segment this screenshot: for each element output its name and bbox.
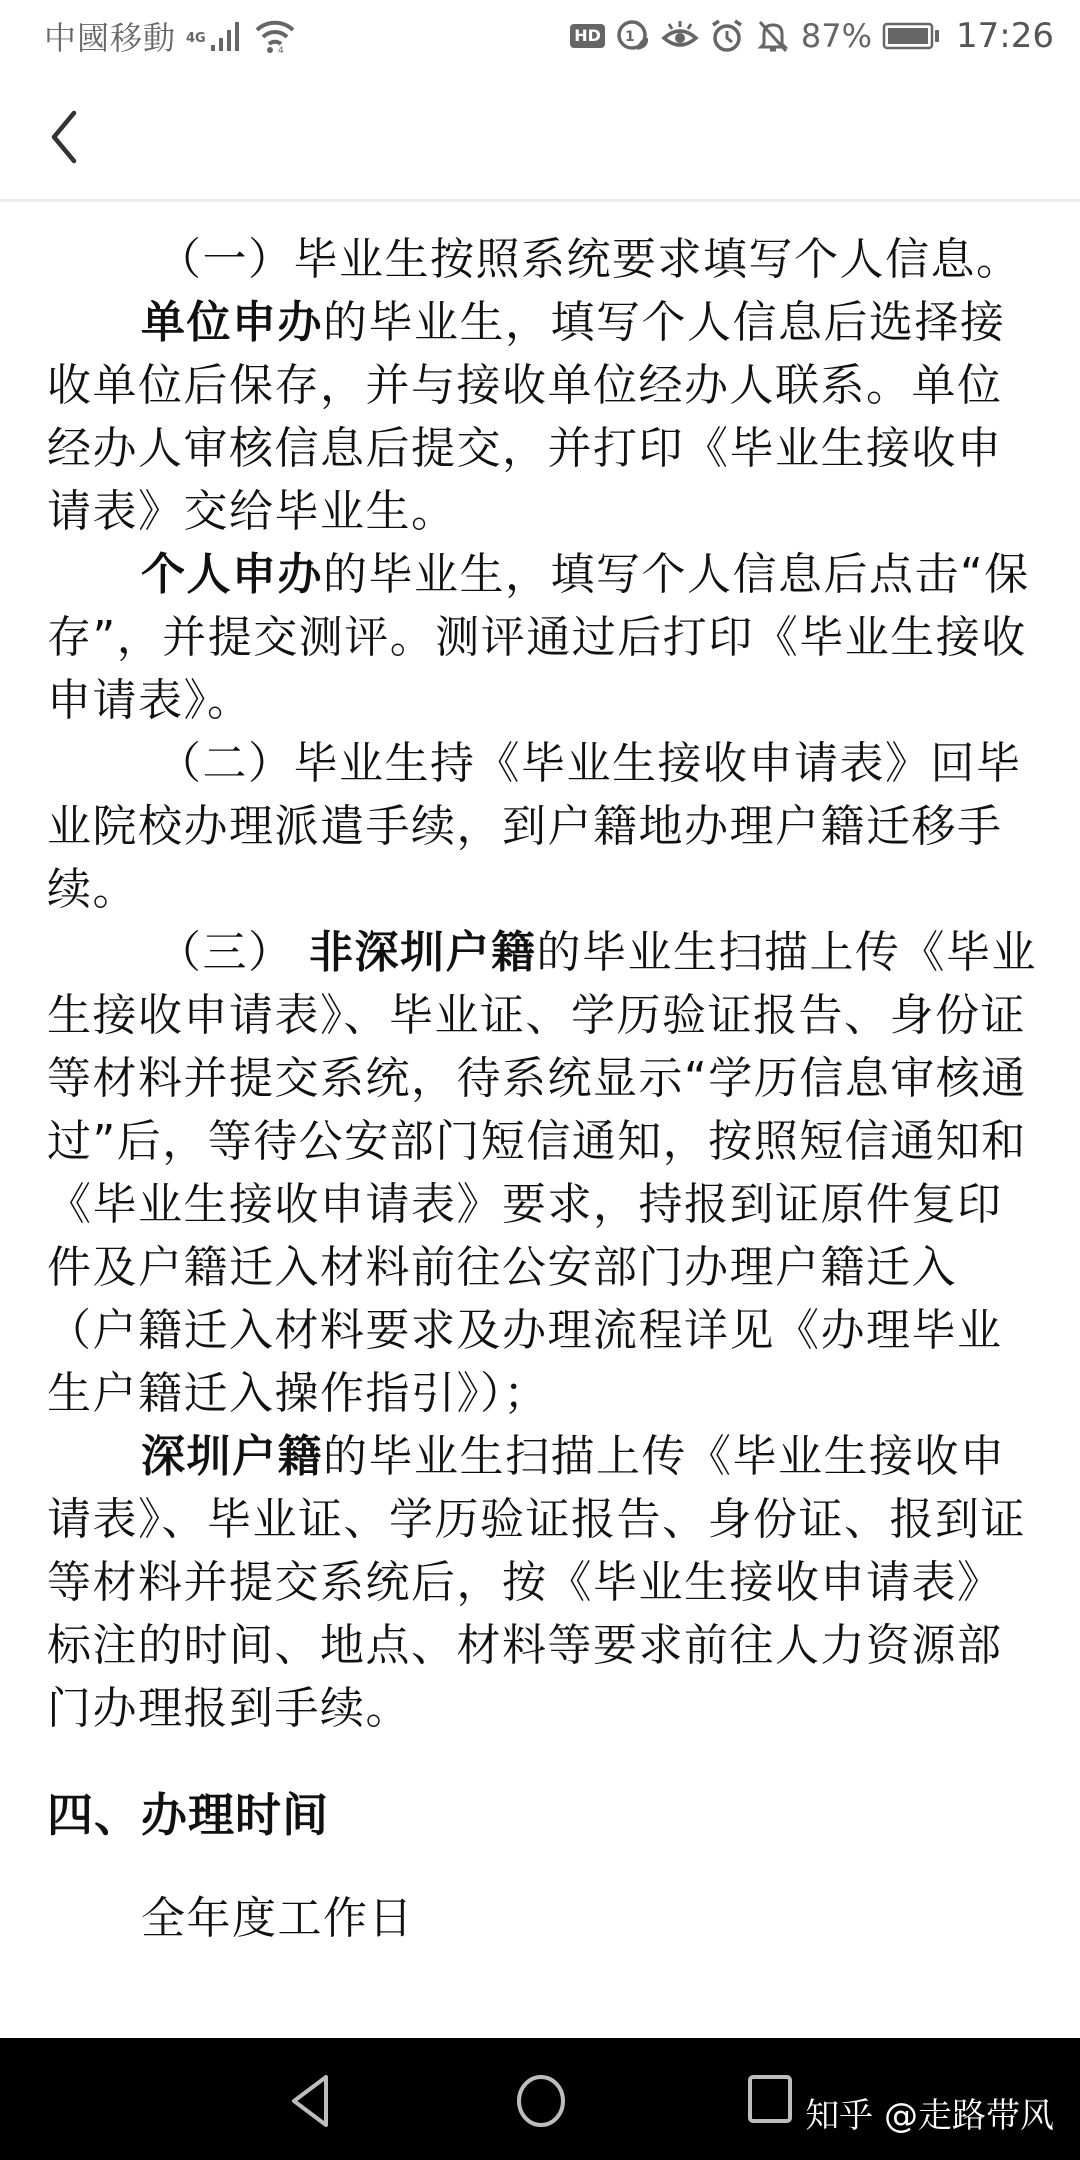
article-body: （一）毕业生按照系统要求填写个人信息。 单位申办的毕业生，填写个人信息后选择接收…	[47, 228, 1037, 1950]
carrier-label: 中國移動	[44, 13, 176, 59]
paragraph-step-2: （二）毕业生持《毕业生接收申请表》回毕业院校办理派遣手续，到户籍地办理户籍迁移手…	[47, 732, 1037, 921]
paragraph-prefix: （三）	[157, 927, 309, 978]
bold-term: 非深圳户籍	[309, 927, 537, 978]
status-left: 中國移動 4G 4	[44, 13, 296, 59]
bold-term: 单位申办	[141, 297, 323, 348]
paragraph-unit-application: 单位申办的毕业生，填写个人信息后选择接收单位后保存，并与接收单位经办人联系。单位…	[47, 291, 1037, 543]
section-heading: 四、办理时间	[47, 1784, 1037, 1847]
paragraph-step-1: （一）毕业生按照系统要求填写个人信息。	[47, 228, 1037, 291]
paragraph-text: （一）毕业生按照系统要求填写个人信息。	[157, 234, 1022, 285]
paragraph-personal-application: 个人申办的毕业生，填写个人信息后点击“保存”，并提交测评。测评通过后打印《毕业生…	[47, 543, 1037, 732]
alarm-icon	[709, 18, 745, 54]
nav-back-button[interactable]	[276, 2066, 346, 2136]
nav-home-button[interactable]	[506, 2066, 576, 2136]
network-type-label: 4G	[186, 31, 206, 46]
recents-square-icon	[744, 2073, 794, 2129]
status-right: HD 1	[570, 16, 1054, 56]
clock: 17:26	[956, 16, 1054, 56]
paragraph-text: （二）毕业生持《毕业生接收申请表》回毕业院校办理派遣手续，到户籍地办理户籍迁移手…	[47, 738, 1022, 915]
battery-icon	[882, 21, 940, 51]
chevron-left-icon	[44, 107, 84, 167]
eye-comfort-icon	[661, 18, 699, 54]
home-circle-icon	[513, 2073, 569, 2129]
nav-recents-button[interactable]	[734, 2066, 804, 2136]
hd-icon: HD	[570, 24, 605, 48]
svg-text:4: 4	[278, 46, 284, 54]
svg-text:1: 1	[625, 29, 635, 45]
mute-icon	[755, 18, 791, 54]
paragraph-step-3-non-shenzhen: （三） 非深圳户籍的毕业生扫描上传《毕业生接收申请表》、毕业证、学历验证报告、身…	[47, 921, 1037, 1425]
section-body: 全年度工作日	[47, 1887, 1037, 1950]
wifi-icon: 4	[254, 18, 296, 54]
bold-term: 深圳户籍	[141, 1431, 323, 1482]
status-bar: 中國移動 4G 4 HD 1	[0, 0, 1080, 72]
back-triangle-icon	[286, 2073, 336, 2129]
paragraph-text: 的毕业生扫描上传《毕业生接收申请表》、毕业证、学历验证报告、身份证等材料并提交系…	[47, 927, 1037, 1419]
zhihu-watermark: 知乎 @走路带风	[805, 2088, 1054, 2137]
paragraph-shenzhen: 深圳户籍的毕业生扫描上传《毕业生接收申请表》、毕业证、学历验证报告、身份证、报到…	[47, 1425, 1037, 1740]
system-nav-bar: 知乎 @走路带风	[0, 2038, 1080, 2160]
signal-icon	[210, 19, 244, 53]
battery-percent: 87%	[801, 17, 872, 55]
bold-term: 个人申办	[141, 549, 323, 600]
back-button[interactable]	[34, 102, 94, 172]
app-header	[0, 72, 1080, 202]
data-saver-icon: 1	[615, 18, 651, 54]
